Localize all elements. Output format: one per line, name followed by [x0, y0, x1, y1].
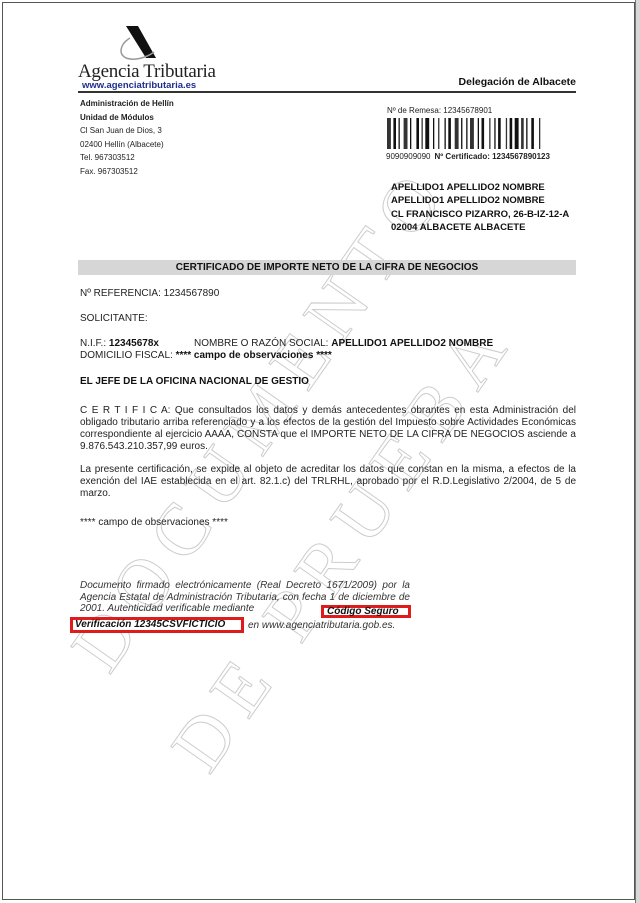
- solicitante-label: SOLICITANTE:: [80, 313, 148, 324]
- office-phone: Tel. 967303512: [80, 151, 174, 165]
- nif-label: N.I.F.:: [80, 338, 106, 349]
- addressee-line: APELLIDO1 APELLIDO2 NOMBRE: [391, 181, 569, 194]
- domicilio-label: DOMICILIO FISCAL:: [80, 350, 173, 361]
- barcode-image: [387, 118, 577, 149]
- agency-emblem-icon: [116, 24, 160, 62]
- csv-highlight-1: Código Seguro: [321, 605, 411, 618]
- office-admin: Administración de Hellín: [80, 97, 174, 111]
- addressee-line: CL FRANCISCO PIZARRO, 26-B-IZ-12-A: [391, 208, 569, 221]
- nombre-row: NOMBRE O RAZÓN SOCIAL: APELLIDO1 APELLID…: [194, 338, 493, 349]
- delegation-title: Delegación de Albacete: [459, 76, 576, 88]
- addressee-line: 02004 ALBACETE ALBACETE: [391, 221, 569, 234]
- observaciones: **** campo de observaciones ****: [80, 517, 228, 528]
- presente-paragraph: La presente certificación, se expide al …: [80, 464, 576, 500]
- nif-value: 12345678x: [109, 338, 159, 349]
- barcode-caption: 9090909090Nº Certificado: 1234567890123: [386, 152, 550, 161]
- csv-verification-url: en www.agenciatributaria.gob.es.: [248, 620, 395, 631]
- certifica-paragraph: C E R T I F I C A: Que consultados los d…: [80, 405, 576, 453]
- reference-number: Nº REFERENCIA: 1234567890: [80, 288, 219, 299]
- certificate-number: Nº Certificado: 1234567890123: [435, 152, 550, 161]
- nombre-value: APELLIDO1 APELLIDO2 NOMBRE: [331, 338, 493, 349]
- certifica-label: C E R T I F I C A:: [80, 405, 170, 416]
- scrollbar[interactable]: [635, 0, 640, 903]
- agency-logo: Agencia Tributaria www.agenciatributaria…: [78, 24, 218, 90]
- addressee-block: APELLIDO1 APELLIDO2 NOMBRE APELLIDO1 APE…: [391, 181, 569, 234]
- office-address: Administración de Hellín Unidad de Módul…: [80, 97, 174, 178]
- nif-row: N.I.F.: 12345678x: [80, 338, 159, 349]
- office-fax: Fax. 967303512: [80, 165, 174, 179]
- domicilio-row: DOMICILIO FISCAL: **** campo de observac…: [80, 350, 332, 361]
- document-title: CERTIFICADO DE IMPORTE NETO DE LA CIFRA …: [78, 260, 576, 275]
- addressee-line: APELLIDO1 APELLIDO2 NOMBRE: [391, 194, 569, 207]
- issuer-title: EL JEFE DE LA OFICINA NACIONAL DE GESTIO: [80, 376, 309, 387]
- remesa-number: Nº de Remesa: 12345678901: [387, 106, 492, 115]
- office-city: 02400 Hellín (Albacete): [80, 138, 174, 152]
- domicilio-value: **** campo de observaciones ****: [176, 350, 332, 361]
- csv-highlight-2: Verificación 12345CSVFICTICIO: [70, 617, 244, 633]
- barcode-code: 9090909090: [386, 152, 431, 161]
- nombre-label: NOMBRE O RAZÓN SOCIAL:: [194, 338, 328, 349]
- office-unit: Unidad de Módulos: [80, 111, 174, 125]
- header-divider: [78, 91, 576, 93]
- office-street: Cl San Juan de Dios, 3: [80, 124, 174, 138]
- agency-url: www.agenciatributaria.es: [82, 80, 196, 91]
